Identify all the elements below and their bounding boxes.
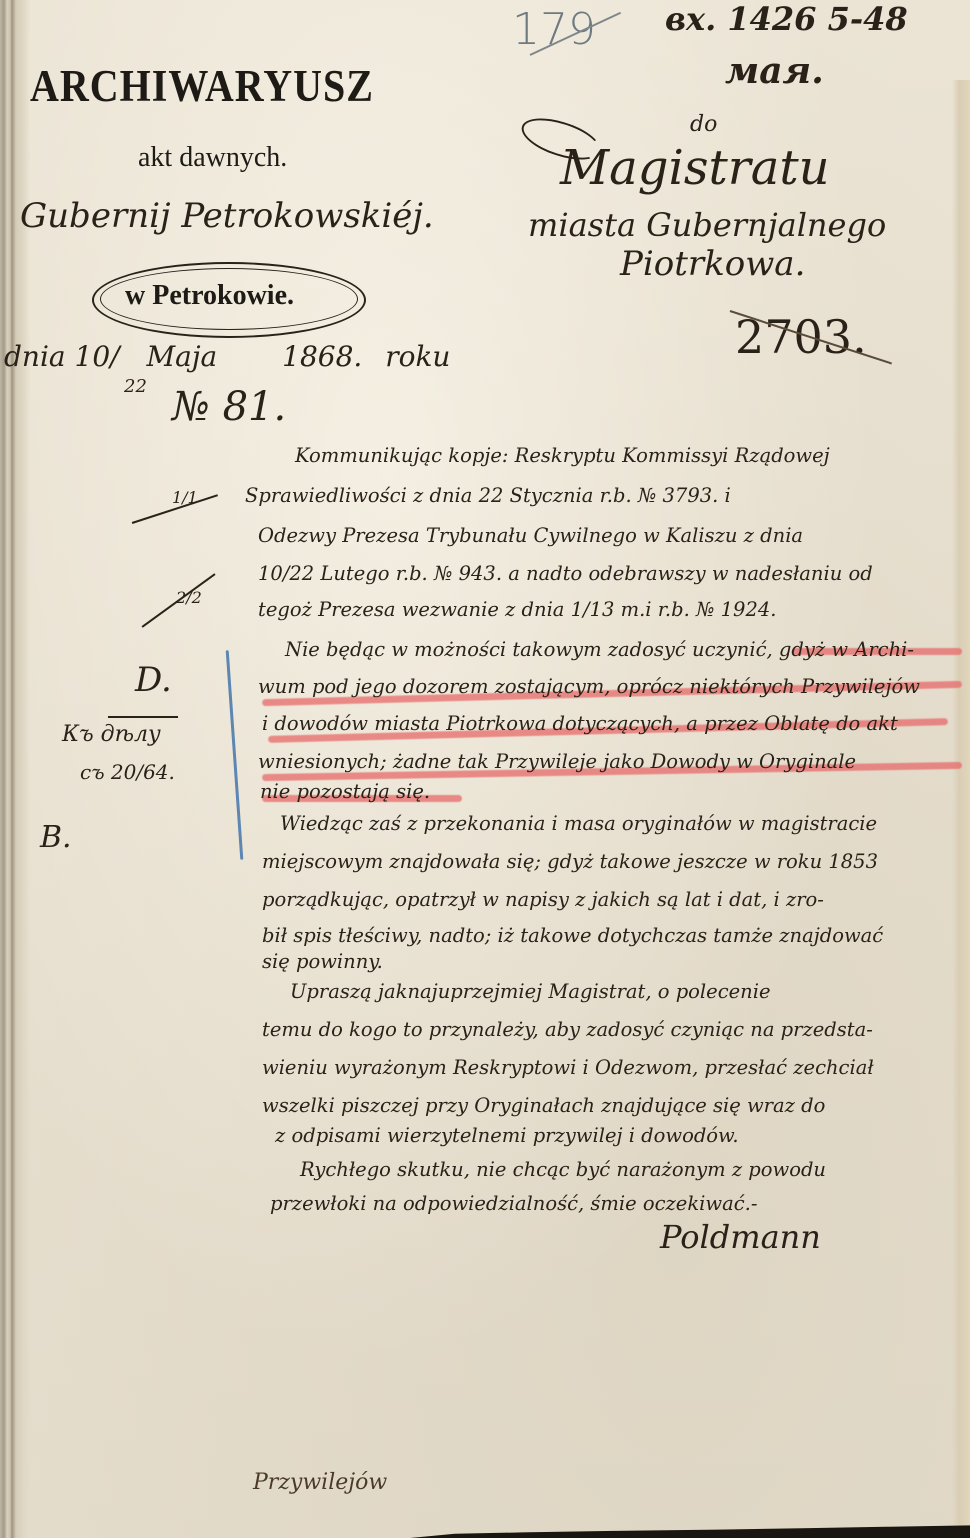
- incoming-reference: вх. 1426 5-48: [665, 0, 908, 38]
- addressee-miasta: miasta Gubernjalnego: [528, 206, 886, 244]
- body-line: Odezwy Prezesa Trybunału Cywilnego w Kal…: [258, 524, 803, 547]
- date-year: 1868: [282, 340, 353, 373]
- body-line: miejscowym znajdowała się; gdyż takowe j…: [262, 850, 878, 873]
- date-prefix: dnia 10: [4, 340, 110, 373]
- body-line: nie pozostają się.: [260, 780, 430, 803]
- body-line: porządkując, opatrzył w napisy z jakich …: [262, 888, 824, 911]
- margin-note-1: Къ дѣлу: [62, 722, 161, 747]
- date-suffix: roku: [385, 340, 450, 373]
- stamp-location: w Petrokowie.: [125, 280, 294, 312]
- letter-number: № 81.: [172, 384, 286, 430]
- body-line: i dowodów miasta Piotrkowa dotyczących, …: [262, 712, 898, 735]
- body-line: Kommunikując kopje: Reskryptu Kommissyi …: [295, 444, 830, 467]
- body-line: wniesionych; żadne tak Przywileje jako D…: [258, 750, 856, 773]
- body-line: Rychłego skutku, nie chcąc być narażonym…: [300, 1158, 826, 1181]
- document-page: ARCHIWARYUSZ akt dawnych. Gubernij Petro…: [0, 0, 970, 1538]
- adjacent-page-edge: [952, 80, 970, 1538]
- letterhead-gubernia: Gubernij Petrokowskiéj.: [20, 196, 434, 236]
- addressee-do: do: [690, 112, 717, 137]
- body-line: wszelki piszczej przy Oryginałach znajdu…: [262, 1094, 825, 1117]
- letterhead-subtitle: akt dawnych.: [138, 142, 287, 174]
- body-line: Wiedząc zaś z przekonania i masa orygina…: [280, 812, 877, 835]
- margin-letter-underline: [108, 716, 178, 718]
- body-line: Upraszą jaknajuprzejmiej Magistrat, o po…: [290, 980, 771, 1003]
- margin-fraction-1: 1/1: [172, 488, 198, 507]
- body-line: tegoż Prezesa wezwanie z dnia 1/13 m.i r…: [258, 598, 776, 621]
- body-line: Nie będąc w możności takowym zadosyć ucz…: [285, 638, 914, 661]
- margin-letter: D.: [135, 660, 172, 700]
- body-line: temu do kogo to przynależy, aby zadosyć …: [262, 1018, 873, 1041]
- body-line: 10/22 Lutego r.b. № 943. a nadto odebraw…: [258, 562, 873, 585]
- incoming-month: мая.: [725, 50, 824, 92]
- date-denominator: 22: [124, 376, 147, 397]
- footer-note: Przywilejów: [253, 1470, 387, 1495]
- body-line: Sprawiedliwości z dnia 22 Stycznia r.b. …: [245, 484, 731, 507]
- torn-bottom-edge: [410, 1524, 970, 1538]
- letter-date: dnia 10/ Maja 1868. roku: [4, 340, 450, 373]
- body-line: z odpisami wierzytelnemi przywilej i dow…: [275, 1124, 739, 1147]
- letterhead-title: ARCHIWARYUSZ: [30, 58, 374, 112]
- date-month: Maja: [146, 340, 217, 373]
- body-line: się powinny.: [262, 950, 383, 973]
- body-line: wieniu wyrażonym Reskryptowi i Odezwom, …: [262, 1056, 874, 1079]
- body-line: bił spis tłeściwy, nadto; iż takowe doty…: [262, 924, 883, 947]
- body-line: wum pod jego dozorem zostającym, oprócz …: [258, 675, 920, 698]
- blue-pencil-bracket: [226, 650, 244, 860]
- addressee-magistrat: Magistratu: [560, 140, 830, 196]
- margin-fraction-2: 2/2: [176, 588, 202, 607]
- body-line: przewłoki na odpowiedzialność, śmie ocze…: [270, 1192, 757, 1215]
- margin-note-2: съ 20/64.: [80, 760, 175, 784]
- addressee-city: Piotrkowa.: [620, 244, 805, 284]
- margin-initials: B.: [40, 820, 72, 855]
- signature: Poldmann: [660, 1218, 821, 1256]
